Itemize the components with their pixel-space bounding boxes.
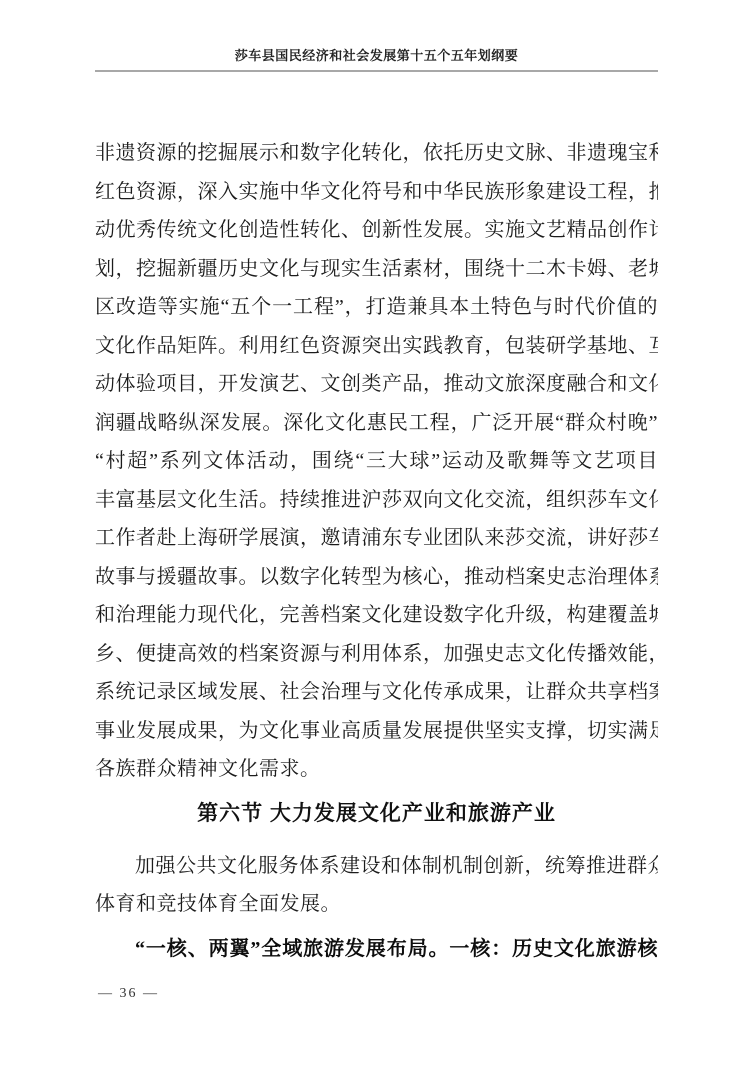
text-line: 体育和竞技体育全面发展。 bbox=[95, 885, 658, 924]
text-line: 红色资源，深入实施中华文化符号和中华民族形象建设工程，推 bbox=[95, 173, 658, 212]
text-line: 丰富基层文化生活。持续推进沪莎双向文化交流，组织莎车文化 bbox=[95, 481, 658, 520]
text-line: 乡、便捷高效的档案资源与利用体系，加强史志文化传播效能， bbox=[95, 635, 658, 674]
document-body: 非遗资源的挖掘展示和数字化转化，依托历史文脉、非遗瑰宝和 红色资源，深入实施中华… bbox=[95, 134, 658, 968]
text-line: 动体验项目，开发演艺、文创类产品，推动文旅深度融合和文化 bbox=[95, 365, 658, 404]
page-number: — 36 — bbox=[98, 986, 159, 1002]
header-rule bbox=[95, 70, 658, 72]
text-line: 非遗资源的挖掘展示和数字化转化，依托历史文脉、非遗瑰宝和 bbox=[95, 134, 658, 173]
section-heading: 第六节 大力发展文化产业和旅游产业 bbox=[95, 799, 658, 829]
page-header: 莎车县国民经济和社会发展第十五个五年划纲要 bbox=[95, 0, 658, 72]
text-line: 润疆战略纵深发展。深化文化惠民工程，广泛开展“群众村晚” bbox=[95, 404, 658, 443]
text-line: 区改造等实施“五个一工程”，打造兼具本土特色与时代价值的 bbox=[95, 288, 658, 327]
paragraph-1: 非遗资源的挖掘展示和数字化转化，依托历史文脉、非遗瑰宝和 红色资源，深入实施中华… bbox=[95, 134, 658, 789]
paragraph-2: 加强公共文化服务体系建设和体制机制创新，统筹推进群众 体育和竞技体育全面发展。 bbox=[95, 847, 658, 924]
text-line: 事业发展成果，为文化事业高质量发展提供坚实支撑，切实满足 bbox=[95, 712, 658, 751]
text-line: 故事与援疆故事。以数字化转型为核心，推动档案史志治理体系 bbox=[95, 558, 658, 597]
text-line: 工作者赴上海研学展演，邀请浦东专业团队来莎交流，讲好莎车 bbox=[95, 519, 658, 558]
text-line: 加强公共文化服务体系建设和体制机制创新，统筹推进群众 bbox=[95, 847, 658, 886]
bold-lead-line: “一核、两翼”全域旅游发展布局。一核：历史文化旅游核 bbox=[95, 930, 658, 969]
document-page: 莎车县国民经济和社会发展第十五个五年划纲要 非遗资源的挖掘展示和数字化转化，依托… bbox=[0, 0, 753, 1066]
text-line: 和治理能力现代化，完善档案文化建设数字化升级，构建覆盖城 bbox=[95, 596, 658, 635]
text-line: 文化作品矩阵。利用红色资源突出实践教育，包装研学基地、互 bbox=[95, 327, 658, 366]
text-line: “村超”系列文体活动，围绕“三大球”运动及歌舞等文艺项目 bbox=[95, 442, 658, 481]
running-header-title: 莎车县国民经济和社会发展第十五个五年划纲要 bbox=[95, 47, 658, 64]
text-line: 各族群众精神文化需求。 bbox=[95, 750, 658, 789]
text-line: 动优秀传统文化创造性转化、创新性发展。实施文艺精品创作计 bbox=[95, 211, 658, 250]
text-line: 系统记录区域发展、社会治理与文化传承成果，让群众共享档案 bbox=[95, 673, 658, 712]
text-line: 划，挖掘新疆历史文化与现实生活素材，围绕十二木卡姆、老城 bbox=[95, 250, 658, 289]
